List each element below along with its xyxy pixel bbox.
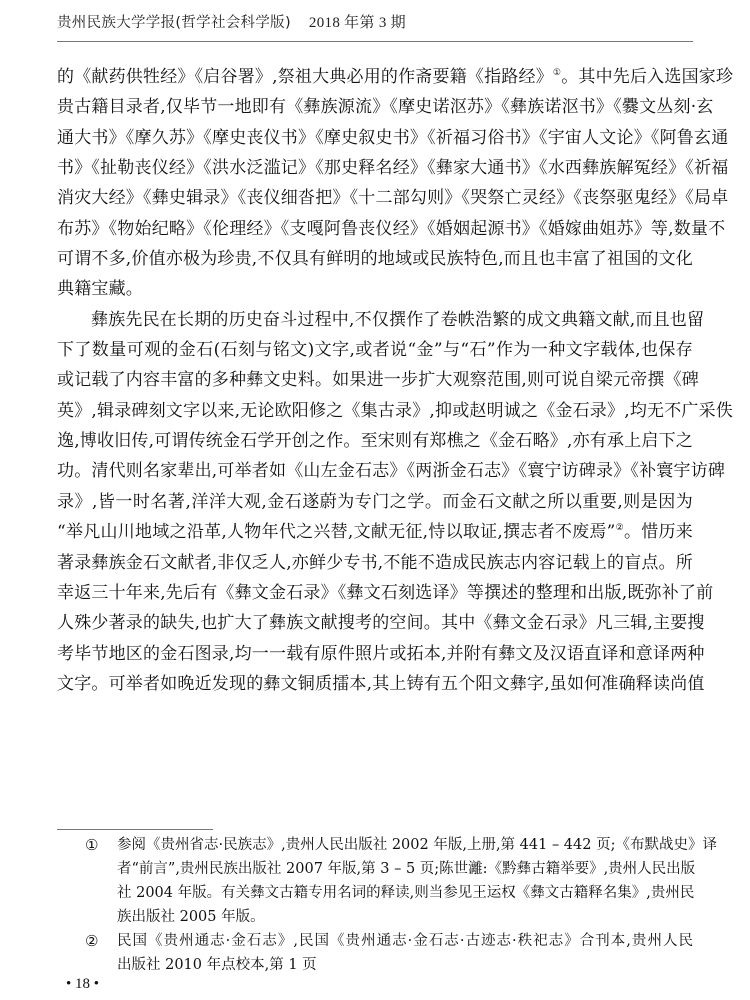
running-header: 贵州民族大学学报(哲学社会科学版)2018 年第 3 期 bbox=[57, 11, 406, 32]
body-line: 著录彝族金石文献者,非仅乏人,亦鲜少专书,不能不造成民族志内容记载上的盲点。所 bbox=[57, 548, 693, 578]
footnote-1: ① 参阅《贵州省志·民族志》,贵州人民出版社 2002 年版,上册,第 441 … bbox=[57, 833, 693, 929]
body-line: 可谓不多,价值亦极为珍贵,不仅具有鲜明的地域或民族特色,而且也丰富了祖国的文化 bbox=[57, 244, 693, 274]
footnote-line: 者“前言”,贵州民族出版社 2007 年版,第 3 – 5 页;陈世灕:《黔彝古… bbox=[117, 857, 693, 881]
body-text: 的《献药供牲经》《启谷署》,祭祖大典必用的作斋要籍《指路经》①。其中先后入选国家… bbox=[57, 62, 693, 699]
body-line: 通大书》《摩久苏》《摩史丧仪书》《摩史叙史书》《祈福习俗书》《宇宙人文论》《阿鲁… bbox=[57, 123, 693, 153]
body-line: 下了数量可观的金石(石刻与铭文)文字,或者说“金”与“石”作为一种文字载体,也保… bbox=[57, 335, 693, 365]
footnote-ref-1[interactable]: ① bbox=[553, 68, 561, 78]
footnote-ref-2[interactable]: ② bbox=[616, 523, 624, 533]
body-line: 贵古籍目录者,仅毕节一地即有《彝族源流》《摩史诺沤苏》《彝族诺沤书》《爨文丛刻·… bbox=[57, 92, 693, 122]
journal-title: 贵州民族大学学报(哲学社会科学版) bbox=[57, 15, 291, 31]
header-rule bbox=[57, 41, 693, 42]
body-line: 幸返三十年来,先后有《彝文金石录》《彝文石刻选译》等撰述的整理和出版,既弥补了前 bbox=[57, 578, 693, 608]
body-line: 逸,博收旧传,可谓传统金石学开创之作。至宋则有郑樵之《金石略》,亦有承上启下之 bbox=[57, 426, 693, 456]
page-number: • 18 • bbox=[66, 976, 99, 993]
footnote-number: ② bbox=[85, 929, 98, 953]
issue-number: 2018 年第 3 期 bbox=[309, 15, 406, 31]
body-line: 人殊少著录的缺失,也扩大了彝族文献搜考的空间。其中《彝文金石录》凡三辑,主要搜 bbox=[57, 608, 693, 638]
body-line: 布苏》《物始纪略》《伦理经》《支嘎阿鲁丧仪经》《婚姻起源书》《婚嫁曲姐苏》等,数… bbox=[57, 214, 693, 244]
body-line: 的《献药供牲经》《启谷署》,祭祖大典必用的作斋要籍《指路经》①。其中先后入选国家… bbox=[57, 62, 693, 92]
footnotes: ① 参阅《贵州省志·民族志》,贵州人民出版社 2002 年版,上册,第 441 … bbox=[57, 833, 693, 977]
footnote-number: ① bbox=[85, 833, 98, 857]
body-line: 文字。可举者如晚近发现的彝文铜质擂本,其上铸有五个阳文彝字,虽如何准确释读尚值 bbox=[57, 669, 693, 699]
body-line: 英》,辑录碑刻文字以来,无论欧阳修之《集古录》,抑或赵明诚之《金石录》,均无不广… bbox=[57, 396, 693, 426]
body-line: 典籍宝藏。 bbox=[57, 274, 693, 304]
footnote-rule bbox=[57, 829, 213, 830]
footnote-line: 社 2004 年版。有关彝文古籍专用名词的释读,则当参见王运权《彝文古籍释名集》… bbox=[117, 881, 693, 905]
footnote-2: ② 民国《贵州通志·金石志》,民国《贵州通志·金石志·古迹志·秩祀志》合刊本,贵… bbox=[57, 929, 693, 977]
body-line: 功。清代则名家辈出,可举者如《山左金石志》《两浙金石志》《寰宁访碑录》《补寰宇访… bbox=[57, 456, 693, 486]
body-line: 录》,皆一时名著,洋洋大观,金石遂蔚为专门之学。而金石文献之所以重要,则是因为 bbox=[57, 487, 693, 517]
body-line: 书》《扯勒丧仪经》《洪水泛滥记》《那史释名经》《彝家大通书》《水西彝族解冤经》《… bbox=[57, 153, 693, 183]
footnote-line: 民国《贵州通志·金石志》,民国《贵州通志·金石志·古迹志·秩祀志》合刊本,贵州人… bbox=[117, 929, 693, 953]
footnote-line: 出版社 2010 年点校本,第 1 页 bbox=[117, 953, 693, 977]
paragraph-start-line: 彝族先民在长期的历史奋斗过程中,不仅撰作了卷帙浩繁的成文典籍文献,而且也留 bbox=[57, 305, 693, 335]
body-line: “举凡山川地域之沿革,人物年代之兴替,文献无征,恃以取证,撰志者不废焉”②。惜历… bbox=[57, 517, 693, 547]
body-line: 考毕节地区的金石图录,均一一载有原件照片或拓本,并附有彝文及汉语直译和意译两种 bbox=[57, 639, 693, 669]
body-line: 消灾大经》《彝史辑录》《丧仪细沓把》《十二部勾则》《哭祭亡灵经》《丧祭驱鬼经》《… bbox=[57, 183, 693, 213]
footnote-line: 族出版社 2005 年版。 bbox=[117, 905, 693, 929]
body-line: 或记载了内容丰富的多种彝文史料。如果进一步扩大观察范围,则可说自梁元帝撰《碑 bbox=[57, 365, 693, 395]
footnote-line: 参阅《贵州省志·民族志》,贵州人民出版社 2002 年版,上册,第 441 – … bbox=[117, 833, 693, 857]
